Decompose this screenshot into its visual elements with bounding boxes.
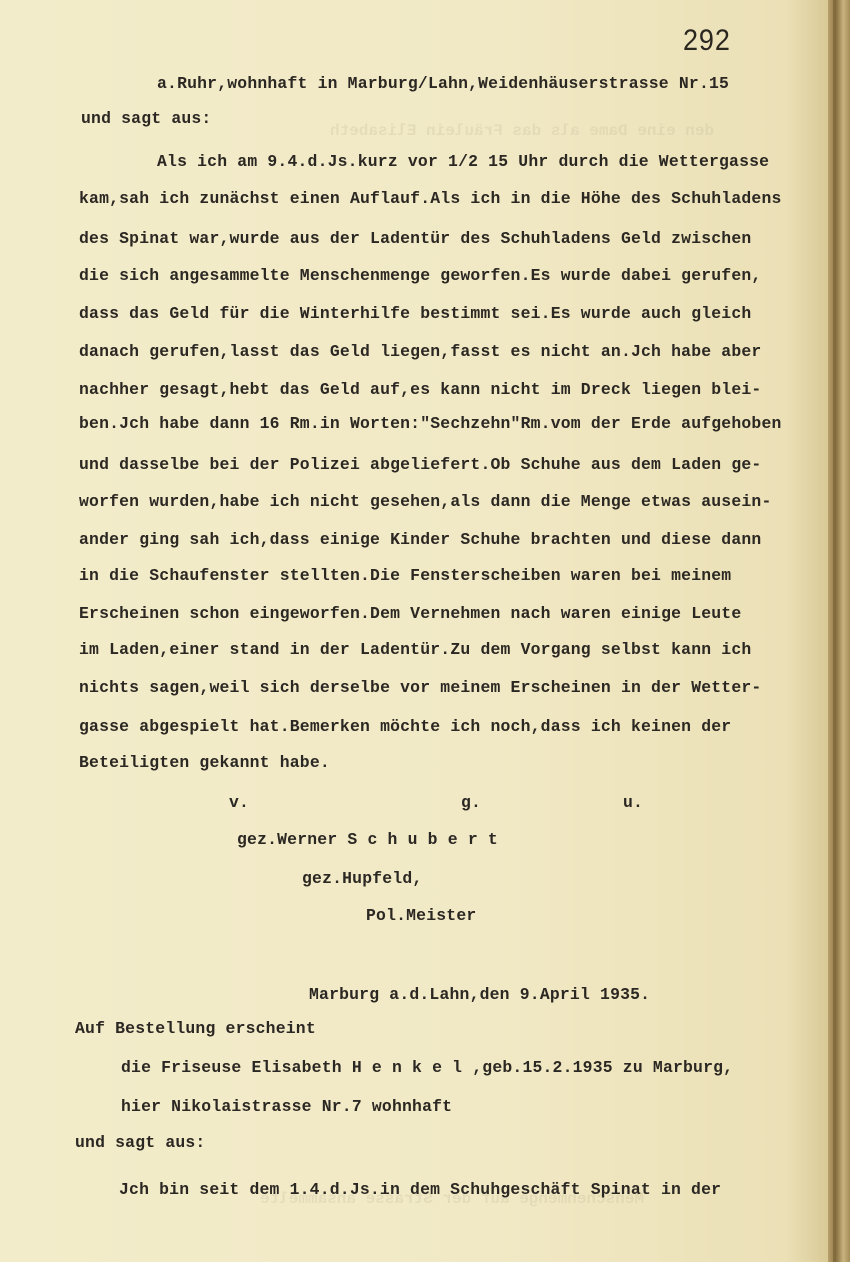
text-line: hier Nikolaistrasse Nr.7 wohnhaft [121, 1097, 452, 1116]
text-line: die Friseuse Elisabeth H e n k e l ,geb.… [121, 1058, 733, 1077]
signature-schubert: gez.Werner S c h u b e r t [237, 830, 498, 849]
text-line: im Laden,einer stand in der Ladentür.Zu … [79, 640, 751, 659]
text-line: und sagt aus: [81, 109, 211, 128]
text-line: gasse abgespielt hat.Bemerken möchte ich… [79, 717, 731, 736]
text-line: und dasselbe bei der Polizei abgeliefert… [79, 455, 761, 474]
signature-title: Pol.Meister [366, 906, 476, 925]
page-edge-binding [828, 0, 850, 1262]
text-line: und sagt aus: [75, 1133, 205, 1152]
text-line: ben.Jch habe dann 16 Rm.in Worten:"Sechz… [79, 414, 782, 433]
text-line: Jch bin seit dem 1.4.d.Js.in dem Schuhge… [119, 1180, 721, 1199]
vgu-g: g. [461, 793, 481, 812]
vgu-u: u. [623, 793, 643, 812]
text-line: die sich angesammelte Menschenmenge gewo… [79, 266, 761, 285]
text-line: nachher gesagt,hebt das Geld auf,es kann… [79, 380, 761, 399]
page-edge-shadow [833, 0, 836, 1262]
text-line: nichts sagen,weil sich derselbe vor mein… [79, 678, 761, 697]
bleed-through-text: den eine Dame als das Fräulein Elisabeth [330, 122, 714, 140]
signature-hupfeld: gez.Hupfeld, [302, 869, 422, 888]
page-number: 292 [683, 24, 731, 58]
text-line: Beteiligten gekannt habe. [79, 753, 330, 772]
text-line: Auf Bestellung erscheint [75, 1019, 316, 1038]
text-line: ander ging sah ich,dass einige Kinder Sc… [79, 530, 761, 549]
text-line: kam,sah ich zunächst einen Auflauf.Als i… [79, 189, 782, 208]
text-line: Erscheinen schon eingeworfen.Dem Vernehm… [79, 604, 741, 623]
text-line: worfen wurden,habe ich nicht gesehen,als… [79, 492, 771, 511]
text-line: Als ich am 9.4.d.Js.kurz vor 1/2 15 Uhr … [157, 152, 769, 171]
date-line: Marburg a.d.Lahn,den 9.April 1935. [309, 985, 650, 1004]
vgu-v: v. [229, 793, 249, 812]
text-line: dass das Geld für die Winterhilfe bestim… [79, 304, 751, 323]
text-line: in die Schaufenster stellten.Die Fenster… [79, 566, 731, 585]
text-line: danach gerufen,lasst das Geld liegen,fas… [79, 342, 761, 361]
text-line: des Spinat war,wurde aus der Ladentür de… [79, 229, 751, 248]
text-line: a.Ruhr,wohnhaft in Marburg/Lahn,Weidenhä… [157, 74, 729, 93]
